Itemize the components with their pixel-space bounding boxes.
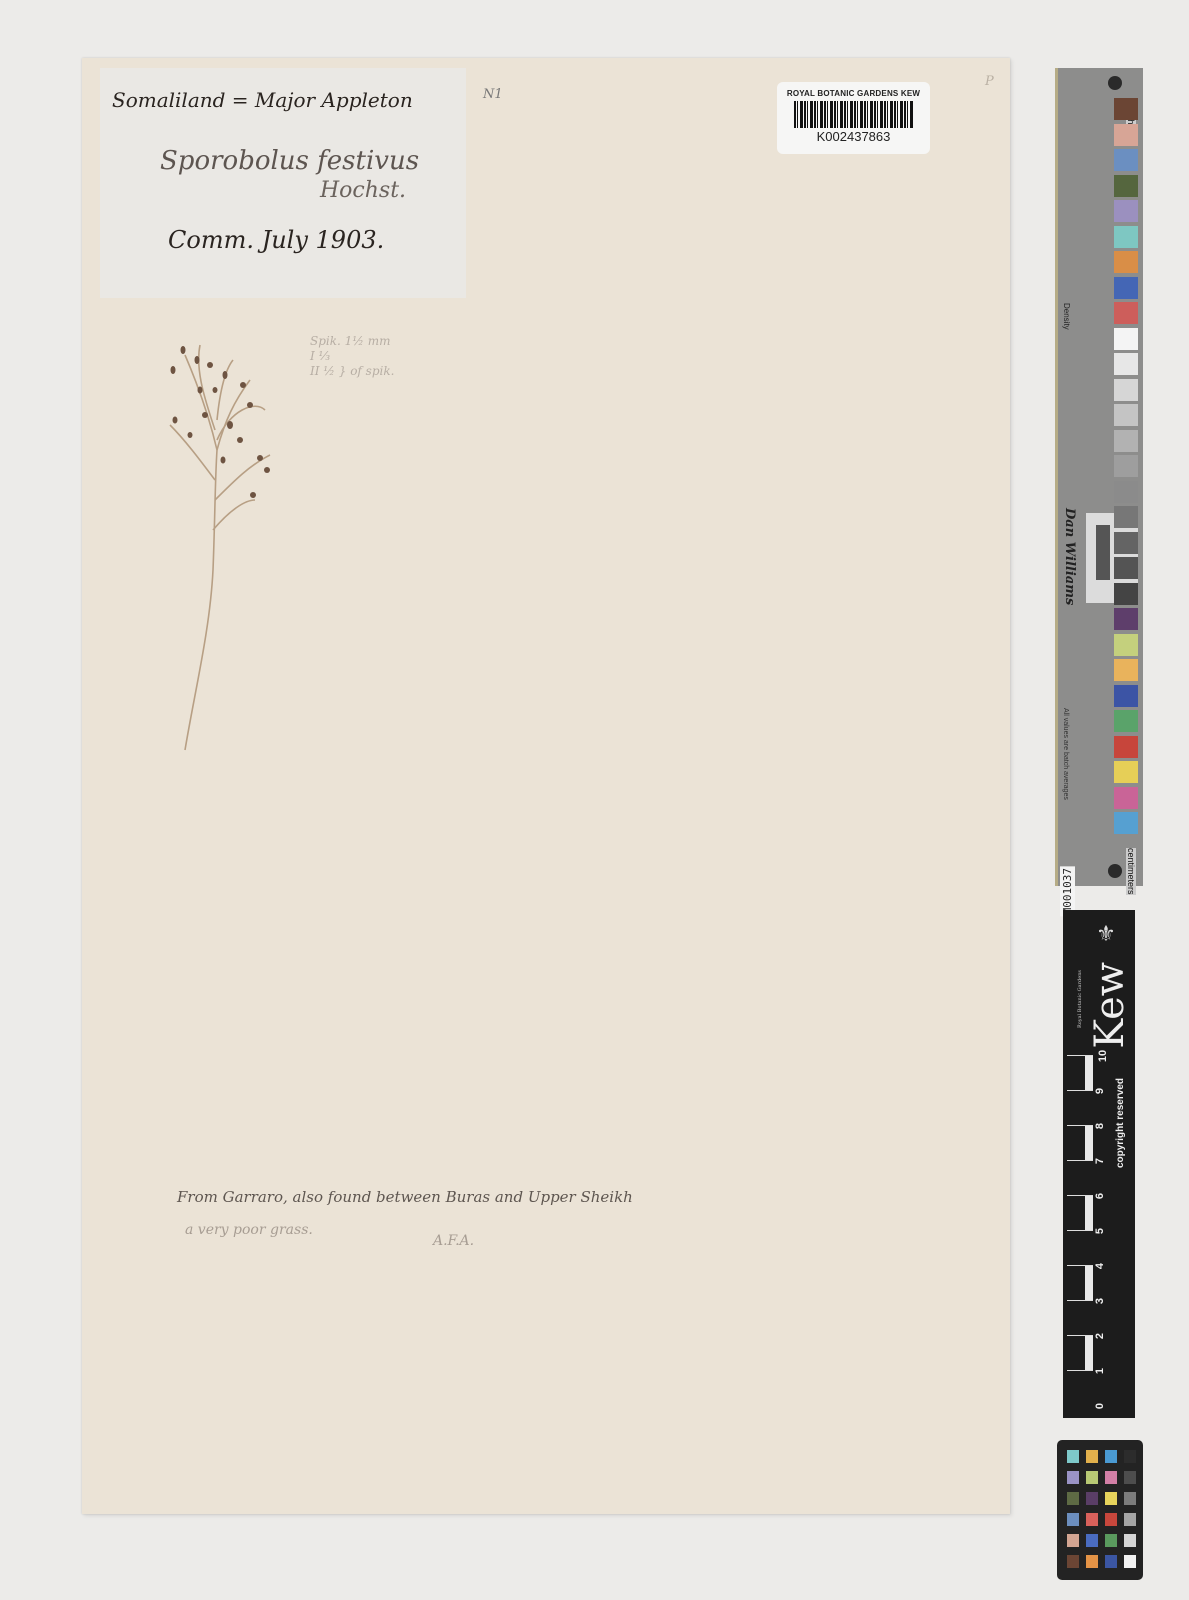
ruler-tick-label: 8 (1094, 1123, 1106, 1129)
locality-note: From Garraro, also found between Buras a… (177, 1188, 633, 1206)
ruler-tick-label: 9 (1094, 1088, 1106, 1094)
colour-chip (1086, 1534, 1098, 1547)
colour-chip (1124, 1492, 1136, 1505)
colour-chip (1105, 1555, 1117, 1568)
colour-chip (1086, 1471, 1098, 1484)
colour-swatch (1114, 226, 1138, 248)
ruler-segment (1067, 1055, 1093, 1090)
colour-swatch (1114, 557, 1138, 579)
colour-swatch (1114, 532, 1138, 554)
copyright-text: copyright reserved (1115, 1078, 1126, 1168)
colour-chip (1067, 1450, 1079, 1463)
colour-swatch (1114, 583, 1138, 605)
ruler-segment (1067, 1125, 1093, 1160)
density-label: Density (1062, 303, 1071, 330)
colour-chip (1067, 1471, 1079, 1484)
colour-chip (1086, 1492, 1098, 1505)
colour-swatch (1114, 761, 1138, 783)
ruler-tick-label: 0 (1094, 1403, 1106, 1409)
remark-note: a very poor grass. (185, 1222, 313, 1238)
colour-chip (1067, 1555, 1079, 1568)
kew-scale-ruler: ⚜ Royal Botanic Gardens Kew copyright re… (1063, 910, 1135, 1418)
colour-chip (1124, 1450, 1136, 1463)
grass-specimen-icon (155, 330, 285, 780)
colour-swatch (1114, 379, 1138, 401)
ruler-tick-label: 10 (1097, 1050, 1109, 1062)
pencil-annotation: Spik. 1½ mm I ⅓ II ½ } of spik. (310, 334, 394, 379)
colour-chip (1105, 1534, 1117, 1547)
communication-date: Comm. July 1903. (168, 226, 384, 254)
colour-swatch (1114, 710, 1138, 732)
ruler-tick-label: 2 (1094, 1333, 1106, 1339)
ruler-tick-label: 4 (1094, 1263, 1106, 1269)
colour-swatch (1114, 455, 1138, 477)
colour-chip (1105, 1513, 1117, 1526)
colour-checker-card (1057, 1440, 1143, 1580)
ruler-segment (1067, 1265, 1093, 1300)
colour-scale-strip: inches Density Dan Williams All values a… (1055, 68, 1143, 886)
colour-swatch (1114, 736, 1138, 758)
ruler-tick-label: 6 (1094, 1193, 1106, 1199)
collector-initials: A.F.A. (433, 1233, 474, 1249)
colour-swatch (1114, 251, 1138, 273)
ruler-segment (1067, 1335, 1093, 1370)
colour-swatch (1114, 124, 1138, 146)
colour-swatch (1114, 98, 1138, 120)
ruler-tick-label: 7 (1094, 1158, 1106, 1164)
colour-swatch (1114, 608, 1138, 630)
barcode-institution: ROYAL BOTANIC GARDENS KEW (777, 89, 930, 98)
colour-chip (1086, 1450, 1098, 1463)
barcode-label: ROYAL BOTANIC GARDENS KEW K002437863 (777, 82, 930, 154)
kew-logo: Kew (1087, 962, 1133, 1049)
colour-swatch (1114, 659, 1138, 681)
pencil-line-2: I ⅓ (310, 349, 394, 364)
species-name: Sporobolus festivus (160, 146, 419, 176)
collector-line: Somaliland = Major Appleton (112, 88, 413, 112)
species-author: Hochst. (320, 178, 406, 203)
colour-chip (1067, 1534, 1079, 1547)
colour-swatch (1114, 787, 1138, 809)
colour-swatch (1114, 200, 1138, 222)
colour-swatch (1114, 277, 1138, 299)
colour-swatch (1114, 506, 1138, 528)
strip-hole-icon (1108, 76, 1122, 90)
colour-chip (1086, 1555, 1098, 1568)
colour-chip (1105, 1492, 1117, 1505)
colour-chip (1067, 1513, 1079, 1526)
colour-chip (1124, 1471, 1136, 1484)
kew-crest-icon: ⚜ (1091, 922, 1121, 952)
ruler-tick-label: 5 (1094, 1228, 1106, 1234)
strip-footnote: All values are batch averages (1062, 708, 1069, 800)
strip-hole-icon (1108, 864, 1122, 878)
colour-chip (1124, 1513, 1136, 1526)
centimeters-label: centimeters (1126, 848, 1136, 895)
colour-chip (1124, 1534, 1136, 1547)
colour-swatch (1114, 404, 1138, 426)
ruler-segment (1067, 1090, 1093, 1125)
colour-swatch (1114, 302, 1138, 324)
colour-chip (1124, 1555, 1136, 1568)
pencil-line-3: II ½ } of spik. (310, 364, 394, 379)
colour-swatch (1114, 149, 1138, 171)
pencil-line-1: Spik. 1½ mm (310, 334, 394, 349)
specimen-label: Somaliland = Major Appleton Sporobolus f… (100, 68, 466, 298)
colour-swatch (1114, 634, 1138, 656)
colour-swatch (1114, 812, 1138, 834)
colour-swatch (1114, 430, 1138, 452)
colour-swatch (1114, 685, 1138, 707)
colour-swatch (1114, 328, 1138, 350)
corner-mark: P (985, 74, 994, 89)
barcode-bars-icon (794, 101, 913, 128)
colour-chip (1086, 1513, 1098, 1526)
ruler-tick-label: 1 (1094, 1368, 1106, 1374)
ruler-sub-brand: Royal Botanic Gardens (1077, 970, 1083, 1028)
ruler-segment (1067, 1370, 1093, 1405)
colour-chip (1067, 1492, 1079, 1505)
colour-swatch (1114, 481, 1138, 503)
sheet-number: N1 (483, 87, 503, 102)
colour-chip (1105, 1471, 1117, 1484)
ruler-segment (1067, 1195, 1093, 1230)
catalogue-code: M001037 (1060, 866, 1075, 916)
ruler-segment (1067, 1230, 1093, 1265)
ruler-tick-label: 3 (1094, 1298, 1106, 1304)
cm-scale (1067, 1055, 1093, 1405)
colour-chip (1105, 1450, 1117, 1463)
colour-swatch (1114, 175, 1138, 197)
ruler-segment (1067, 1160, 1093, 1195)
barcode-number: K002437863 (777, 129, 930, 144)
ruler-segment (1067, 1300, 1093, 1335)
strip-brand: Dan Williams (1062, 508, 1077, 605)
colour-swatch (1114, 353, 1138, 375)
